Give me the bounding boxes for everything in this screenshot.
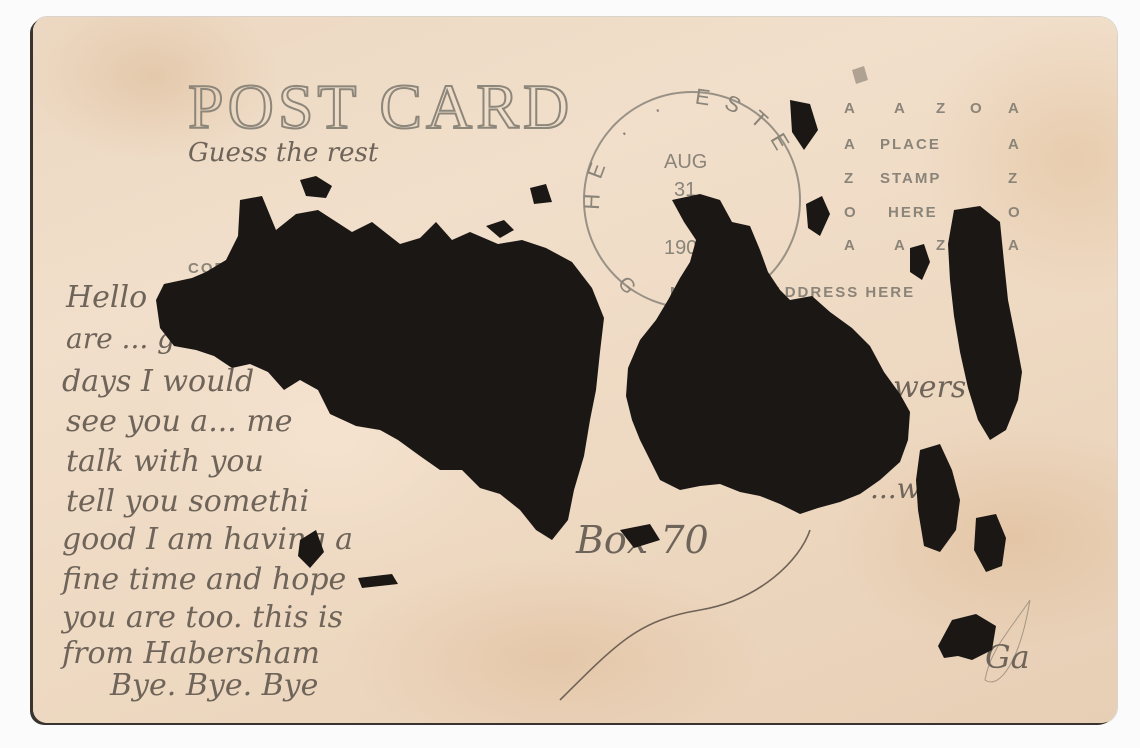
message-line: see you a... me: [66, 404, 293, 439]
svg-text:O: O: [970, 100, 984, 117]
svg-text:Z: Z: [1008, 170, 1019, 187]
svg-text:Z: Z: [936, 237, 947, 254]
svg-text:Z: Z: [844, 170, 855, 187]
svg-text:A: A: [844, 100, 857, 117]
message-signoff: Bye. Bye. Bye: [110, 668, 318, 703]
address-box: Box 70: [576, 518, 709, 562]
message-line: fine time and hope: [62, 562, 346, 597]
svg-text:A: A: [1008, 100, 1021, 117]
address-name: Ica Powers: [800, 370, 966, 405]
message-line: good I am having a: [62, 522, 353, 557]
svg-text:A: A: [1008, 136, 1021, 153]
svg-text:Z: Z: [936, 100, 947, 117]
svg-text:O: O: [970, 237, 984, 254]
address-label: NAME AND ADDRESS HERE: [670, 284, 915, 301]
svg-text:A: A: [844, 136, 857, 153]
message-line: talk with you: [66, 444, 264, 479]
svg-text:POST CARD: POST CARD: [188, 76, 573, 136]
message-line: from Habersham: [62, 636, 320, 671]
postcard-heading: POST CARD: [188, 76, 708, 136]
svg-text:HERE: HERE: [888, 204, 938, 221]
correspondence-label: CORRESPONDENCE HERE: [188, 260, 421, 277]
message-line: days I would: [62, 364, 254, 399]
svg-text:O: O: [1008, 204, 1022, 221]
svg-text:A: A: [844, 237, 857, 254]
message-line: you are too. this is: [62, 600, 343, 635]
svg-text:O: O: [844, 204, 858, 221]
stamp-box: A A Z O A A PLACE A Z STAMP Z O HERE O A…: [836, 95, 1026, 270]
message-line: Hello: [66, 280, 147, 315]
svg-text:STAMP: STAMP: [880, 170, 941, 187]
svg-text:A: A: [894, 237, 907, 254]
svg-text:PLACE: PLACE: [880, 136, 941, 153]
message-line: are ... g: [66, 322, 175, 355]
address-state: Ga: [985, 638, 1030, 676]
handwritten-top-note: Guess the rest: [188, 138, 378, 168]
message-line: tell you somethi: [66, 484, 309, 519]
svg-text:A: A: [1008, 237, 1021, 254]
address-line: ...well: [870, 472, 955, 505]
svg-text:A: A: [894, 100, 907, 117]
